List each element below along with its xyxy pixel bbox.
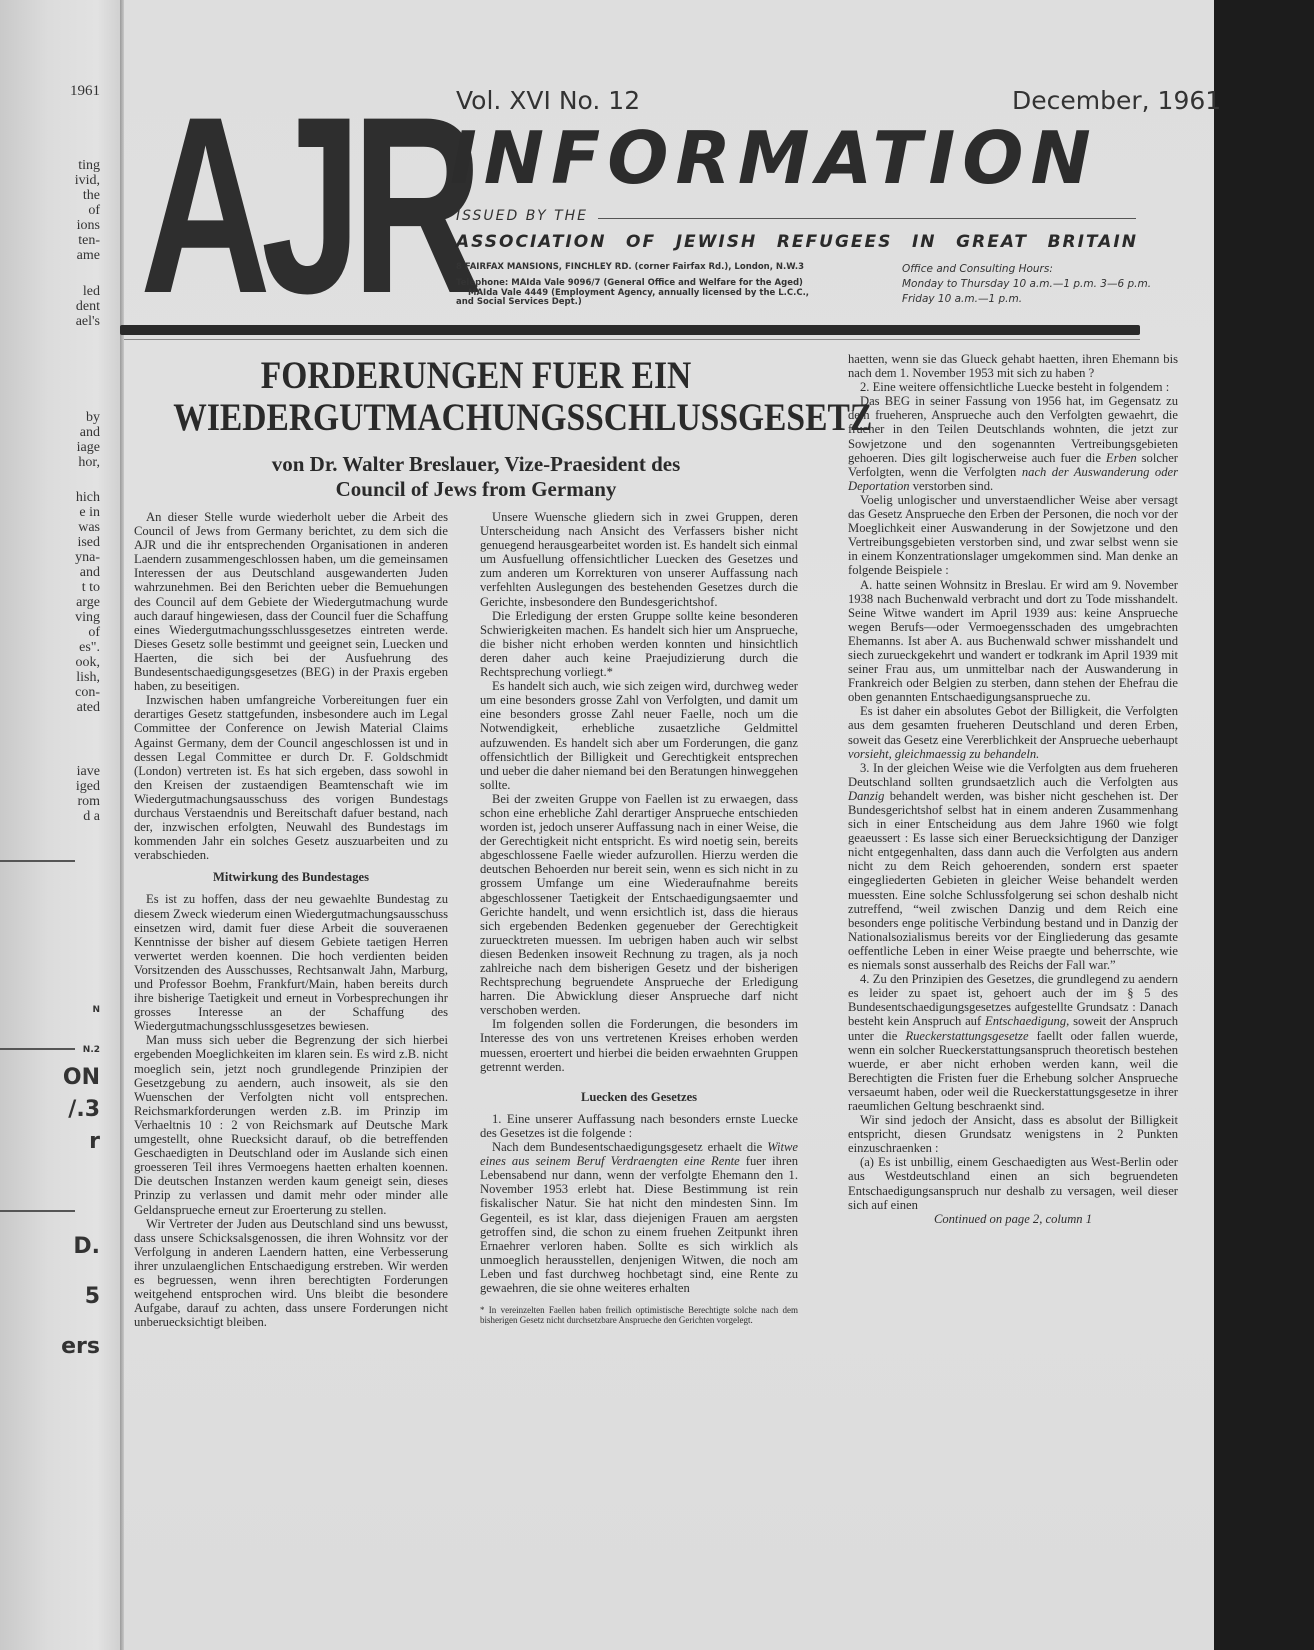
issue-date: December, 1961 [1012, 86, 1221, 115]
association-word: GREAT [956, 232, 1028, 252]
issued-by-label: ISSUED BY THE [456, 208, 588, 224]
emphasis-text: Erben [1106, 451, 1137, 465]
section-subhead: Mitwirkung des Bundestages [134, 870, 448, 884]
masthead-rule [120, 325, 1140, 335]
paragraph: Bei der zweiten Gruppe von Faellen ist z… [480, 792, 798, 1018]
previous-page-text-fragment: ON /.3 r [63, 1062, 100, 1158]
previous-page-rule [0, 1210, 75, 1212]
byline-line: von Dr. Walter Breslauer, Vize-Praesiden… [124, 452, 828, 477]
headline-line: FORDERUNGEN FUER EIN [173, 355, 778, 397]
paragraph: An dieser Stelle wurde wiederholt ueber … [134, 510, 448, 693]
scan-background-edge [1214, 0, 1314, 1650]
volume-number: Vol. XVI No. 12 [456, 86, 640, 115]
paragraph: Im folgenden sollen die Forderungen, die… [480, 1017, 798, 1073]
footnote: * In vereinzelten Faellen haben freilich… [480, 1305, 798, 1325]
byline-line: Council of Jews from Germany [124, 477, 828, 502]
telephone-line: and Social Services Dept.) [456, 298, 809, 308]
paragraph: Das BEG in seiner Fassung von 1956 hat, … [848, 394, 1178, 493]
previous-page-edge: 1961 ting ivid, the of ions ten- ame led… [0, 0, 122, 1650]
article-headline: FORDERUNGEN FUER EIN WIEDERGUTMACHUNGSSC… [173, 355, 778, 439]
emphasis-text: Danzig [848, 789, 884, 803]
previous-page-text-fragment: iave iged rom d a [76, 764, 100, 824]
masthead-thin-rule [124, 339, 1140, 340]
office-hours: Office and Consulting Hours: Monday to T… [902, 262, 1151, 307]
paragraph: Nach dem Bundesentschaedigungsgesetz erh… [480, 1140, 798, 1295]
article-column-3: haetten, wenn sie das Glueck gehabt haet… [848, 352, 1178, 1226]
previous-page-year: 1961 [70, 84, 100, 99]
paragraph: Unsere Wuensche gliedern sich in zwei Gr… [480, 510, 798, 609]
paragraph: Die Erledigung der ersten Gruppe sollte … [480, 609, 798, 679]
text-run: verstorben sind. [910, 479, 994, 493]
paragraph: Wir sind jedoch der Ansicht, dass es abs… [848, 1113, 1178, 1155]
association-word: IN [912, 232, 937, 252]
article-column-1: An dieser Stelle wurde wiederholt ueber … [134, 510, 448, 1329]
issued-by-rule [598, 218, 1136, 219]
section-subhead: Luecken des Gesetzes [480, 1090, 798, 1104]
paragraph: haetten, wenn sie das Glueck gehabt haet… [848, 352, 1178, 380]
association-word: OF [626, 232, 656, 252]
article-column-2: Unsere Wuensche gliedern sich in zwei Gr… [480, 510, 798, 1325]
emphasis-text: Entschaedigung, [985, 1014, 1069, 1028]
headline-line: WIEDERGUTMACHUNGSSCHLUSSGESETZ [173, 397, 778, 439]
paragraph: Es ist daher ein absolutes Gebot der Bil… [848, 704, 1178, 760]
text-run: Nach dem Bundesentschaedigungsgesetz erh… [492, 1140, 767, 1154]
text-run: behandelt werden, was bisher nicht gesch… [848, 789, 1178, 972]
paragraph: Es handelt sich auch, wie sich zeigen wi… [480, 679, 798, 792]
paragraph: 4. Zu den Prinzipien des Gesetzes, die g… [848, 972, 1178, 1113]
paragraph: 1. Eine unserer Auffassung nach besonder… [480, 1112, 798, 1140]
paragraph: Wir Vertreter der Juden aus Deutschland … [134, 1217, 448, 1330]
association-word: JEWISH [676, 232, 758, 252]
emphasis-text: Rueckerstattungsgesetze [905, 1029, 1028, 1043]
paragraph: Man muss sich ueber die Begrenzung der s… [134, 1033, 448, 1216]
paragraph: 3. In der gleichen Weise wie die Verfolg… [848, 761, 1178, 972]
previous-page-text-fragment: hich e in was ised yna- and t to arge vi… [75, 490, 100, 715]
paragraph: (a) Es ist unbillig, einem Geschaedigten… [848, 1155, 1178, 1211]
continued-on-link[interactable]: Continued on page 2, column 1 [848, 1212, 1178, 1226]
text-run: Es ist daher ein absolutes Gebot der Bil… [848, 704, 1178, 746]
paragraph: Voelig unlogischer und unverstaendlicher… [848, 493, 1178, 578]
previous-page-text-fragment: N N.2 [83, 990, 100, 1070]
office-address: 8 FAIRFAX MANSIONS, FINCHLEY RD. (corner… [456, 262, 804, 272]
previous-page-text-fragment: ting ivid, the of ions ten- ame [75, 158, 100, 263]
office-hours-friday: Friday 10 a.m.—1 p.m. [902, 292, 1151, 307]
previous-page-text-fragment: D. 5 ers [61, 1222, 100, 1372]
ajr-logo: AJR [140, 96, 473, 316]
paragraph: Inzwischen haben umfangreiche Vorbereitu… [134, 693, 448, 862]
office-hours-weekday: Monday to Thursday 10 a.m.—1 p.m. 3—6 p.… [902, 277, 1151, 292]
telephone-info: Telephone: MAIda Vale 9096/7 (General Of… [456, 279, 809, 308]
paragraph: A. hatte seinen Wohnsitz in Breslau. Er … [848, 578, 1178, 705]
association-word: REFUGEES [777, 232, 893, 252]
text-run: 3. In der gleichen Weise wie die Verfolg… [848, 761, 1178, 789]
paragraph: Es ist zu hoffen, dass der neu gewaehlte… [134, 892, 448, 1033]
office-hours-title: Office and Consulting Hours: [902, 262, 1151, 277]
previous-page-text-fragment: led dent ael's [76, 284, 100, 329]
article-byline: von Dr. Walter Breslauer, Vize-Praesiden… [124, 452, 828, 502]
association-word: ASSOCIATION [456, 232, 606, 252]
emphasis-text: vorsieht, gleichmaessig zu behandeln. [848, 747, 1039, 761]
text-run: fuer ihren Lebensabend nur dann, wenn de… [480, 1154, 798, 1295]
previous-page-rule [0, 1048, 75, 1050]
association-word: BRITAIN [1048, 232, 1138, 252]
previous-page-text-fragment: by and iage hor, [77, 410, 100, 470]
previous-page-rule [0, 860, 75, 862]
association-name: ASSOCIATION OF JEWISH REFUGEES IN GREAT … [456, 232, 1138, 252]
paragraph: 2. Eine weitere offensichtliche Luecke b… [848, 380, 1178, 394]
masthead-title: INFORMATION [450, 118, 1098, 198]
